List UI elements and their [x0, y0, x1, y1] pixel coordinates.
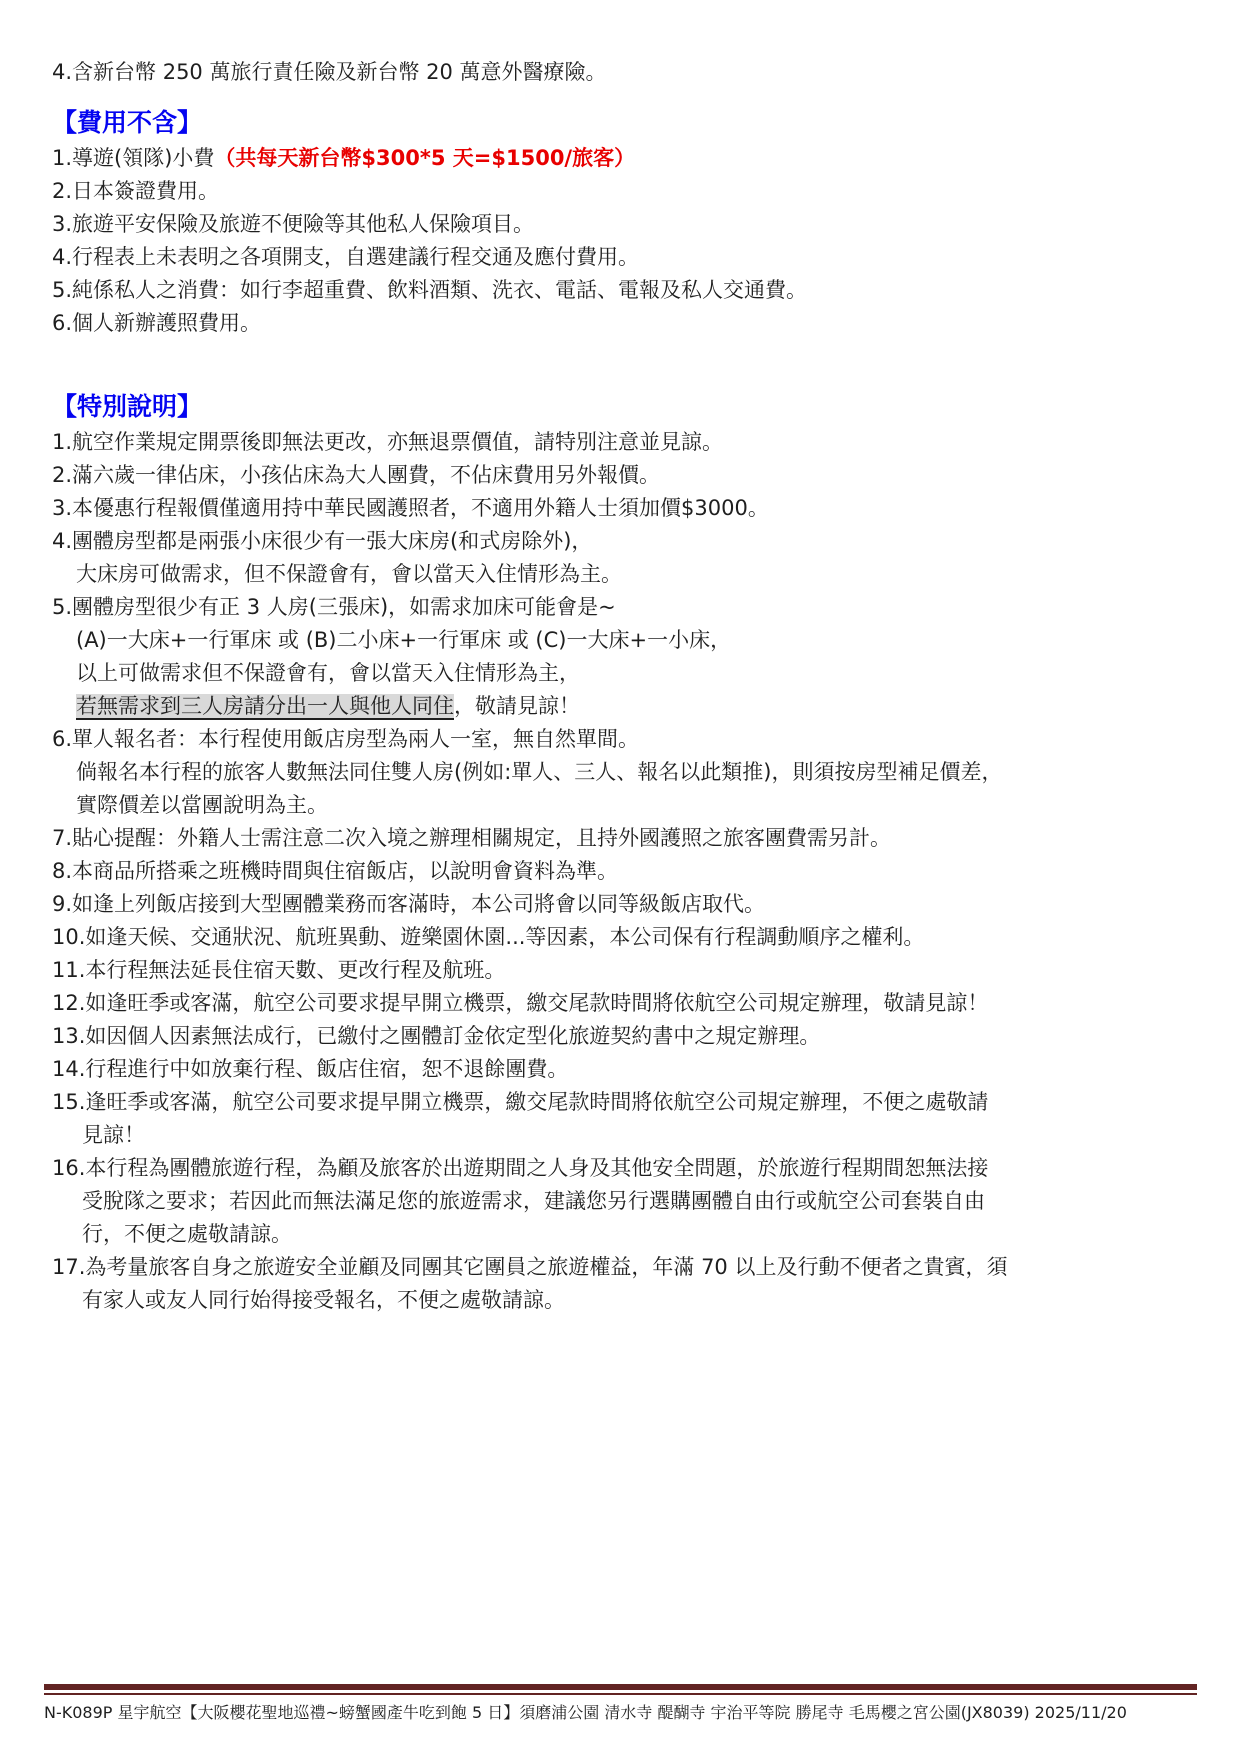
special-note-11: 11.本行程無法延長住宿天數、更改行程及航班。 — [52, 954, 1201, 987]
special-note-16-continuation-b: 行，不便之處敬請諒。 — [52, 1218, 1201, 1251]
page-footer: N-K089P 星宇航空【大阪櫻花聖地巡禮~螃蟹國產牛吃到飽 5 日】須磨浦公園… — [44, 1684, 1197, 1724]
special-note-7: 7.貼心提醒：外籍人士需注意二次入境之辦理相關規定，且持外國護照之旅客團費需另計… — [52, 822, 1201, 855]
special-note-5-highlight-suffix: ，敬請見諒！ — [454, 694, 580, 718]
special-note-14: 14.行程進行中如放棄行程、飯店住宿，恕不退餘團費。 — [52, 1053, 1201, 1086]
special-note-5-continuation-b: 以上可做需求但不保證會有，會以當天入住情形為主， — [52, 657, 1201, 690]
fee-excluded-item-5: 5.純係私人之消費：如行李超重費、飲料酒類、洗衣、電話、電報及私人交通費。 — [52, 274, 1201, 307]
fee-excluded-item-1-red-note: （共每天新台幣$300*5 天=$1500/旅客） — [214, 146, 635, 170]
special-note-8: 8.本商品所搭乘之班機時間與住宿飯店，以說明會資料為準。 — [52, 855, 1201, 888]
section-heading-special-notes: 【特別說明】 — [52, 388, 1201, 426]
special-note-17: 17.為考量旅客自身之旅遊安全並顧及同團其它團員之旅遊權益，年滿 70 以上及行… — [52, 1251, 1201, 1284]
special-note-9: 9.如逢上列飯店接到大型團體業務而客滿時，本公司將會以同等級飯店取代。 — [52, 888, 1201, 921]
special-note-5-continuation-a: (A)一大床+一行軍床 或 (B)二小床+一行軍床 或 (C)一大床+一小床， — [52, 624, 1201, 657]
special-note-5: 5.團體房型很少有正 3 人房(三張床)，如需求加床可能會是~ — [52, 591, 1201, 624]
fee-excluded-item-4: 4.行程表上未表明之各項開支，自選建議行程交通及應付費用。 — [52, 241, 1201, 274]
special-note-6: 6.單人報名者：本行程使用飯店房型為兩人一室，無自然單間。 — [52, 723, 1201, 756]
special-note-15: 15.逢旺季或客滿，航空公司要求提早開立機票，繳交尾款時間將依航空公司規定辦理，… — [52, 1086, 1201, 1119]
special-note-13: 13.如因個人因素無法成行，已繳付之團體訂金依定型化旅遊契約書中之規定辦理。 — [52, 1020, 1201, 1053]
special-note-6-continuation-a: 倘報名本行程的旅客人數無法同住雙人房(例如:單人、三人、報名以此類推)，則須按房… — [52, 756, 1201, 789]
special-note-3: 3.本優惠行程報價僅適用持中華民國護照者，不適用外籍人士須加價$3000。 — [52, 492, 1201, 525]
special-note-15-continuation: 見諒！ — [52, 1119, 1201, 1152]
fee-excluded-item-6: 6.個人新辦護照費用。 — [52, 307, 1201, 340]
fee-excluded-item-3: 3.旅遊平安保險及旅遊不便險等其他私人保險項目。 — [52, 208, 1201, 241]
footer-rule-thin — [44, 1693, 1197, 1695]
insurance-note-line: 4.含新台幣 250 萬旅行責任險及新台幣 20 萬意外醫療險。 — [52, 56, 1201, 89]
special-note-4: 4.團體房型都是兩張小床很少有一張大床房(和式房除外)， — [52, 525, 1201, 558]
special-note-1: 1.航空作業規定開票後即無法更改，亦無退票價值，請特別注意並見諒。 — [52, 426, 1201, 459]
footer-rule-thick — [44, 1684, 1197, 1690]
fee-excluded-item-1: 1.導遊(領隊)小費（共每天新台幣$300*5 天=$1500/旅客） — [52, 142, 1201, 175]
section-heading-fees-excluded: 【費用不含】 — [52, 104, 1201, 142]
special-note-17-continuation: 有家人或友人同行始得接受報名，不便之處敬請諒。 — [52, 1284, 1201, 1317]
special-note-10: 10.如逢天候、交通狀況、航班異動、遊樂園休園...等因素，本公司保有行程調動順… — [52, 921, 1201, 954]
special-note-6-continuation-b: 實際價差以當團說明為主。 — [52, 789, 1201, 822]
fee-excluded-item-2: 2.日本簽證費用。 — [52, 175, 1201, 208]
special-note-16-continuation-a: 受脫隊之要求；若因此而無法滿足您的旅遊需求，建議您另行選購團體自由行或航空公司套… — [52, 1185, 1201, 1218]
special-note-12: 12.如逢旺季或客滿，航空公司要求提早開立機票，繳交尾款時間將依航空公司規定辦理… — [52, 987, 1201, 1020]
document-content: 4.含新台幣 250 萬旅行責任險及新台幣 20 萬意外醫療險。 【費用不含】 … — [0, 0, 1241, 1317]
document-page: 4.含新台幣 250 萬旅行責任險及新台幣 20 萬意外醫療險。 【費用不含】 … — [0, 0, 1241, 1755]
fee-excluded-item-1-prefix: 1.導遊(領隊)小費 — [52, 146, 214, 170]
special-note-4-continuation: 大床房可做需求，但不保證會有，會以當天入住情形為主。 — [52, 558, 1201, 591]
special-note-16: 16.本行程為團體旅遊行程，為顧及旅客於出遊期間之人身及其他安全問題，於旅遊行程… — [52, 1152, 1201, 1185]
special-note-2: 2.滿六歲一律佔床，小孩佔床為大人團費，不佔床費用另外報價。 — [52, 459, 1201, 492]
special-note-5-highlighted-text: 若無需求到三人房請分出一人與他人同住 — [76, 694, 454, 718]
special-note-5-continuation-c: 若無需求到三人房請分出一人與他人同住，敬請見諒！ — [52, 690, 1201, 723]
footer-itinerary-title: N-K089P 星宇航空【大阪櫻花聖地巡禮~螃蟹國產牛吃到飽 5 日】須磨浦公園… — [44, 1702, 1197, 1724]
